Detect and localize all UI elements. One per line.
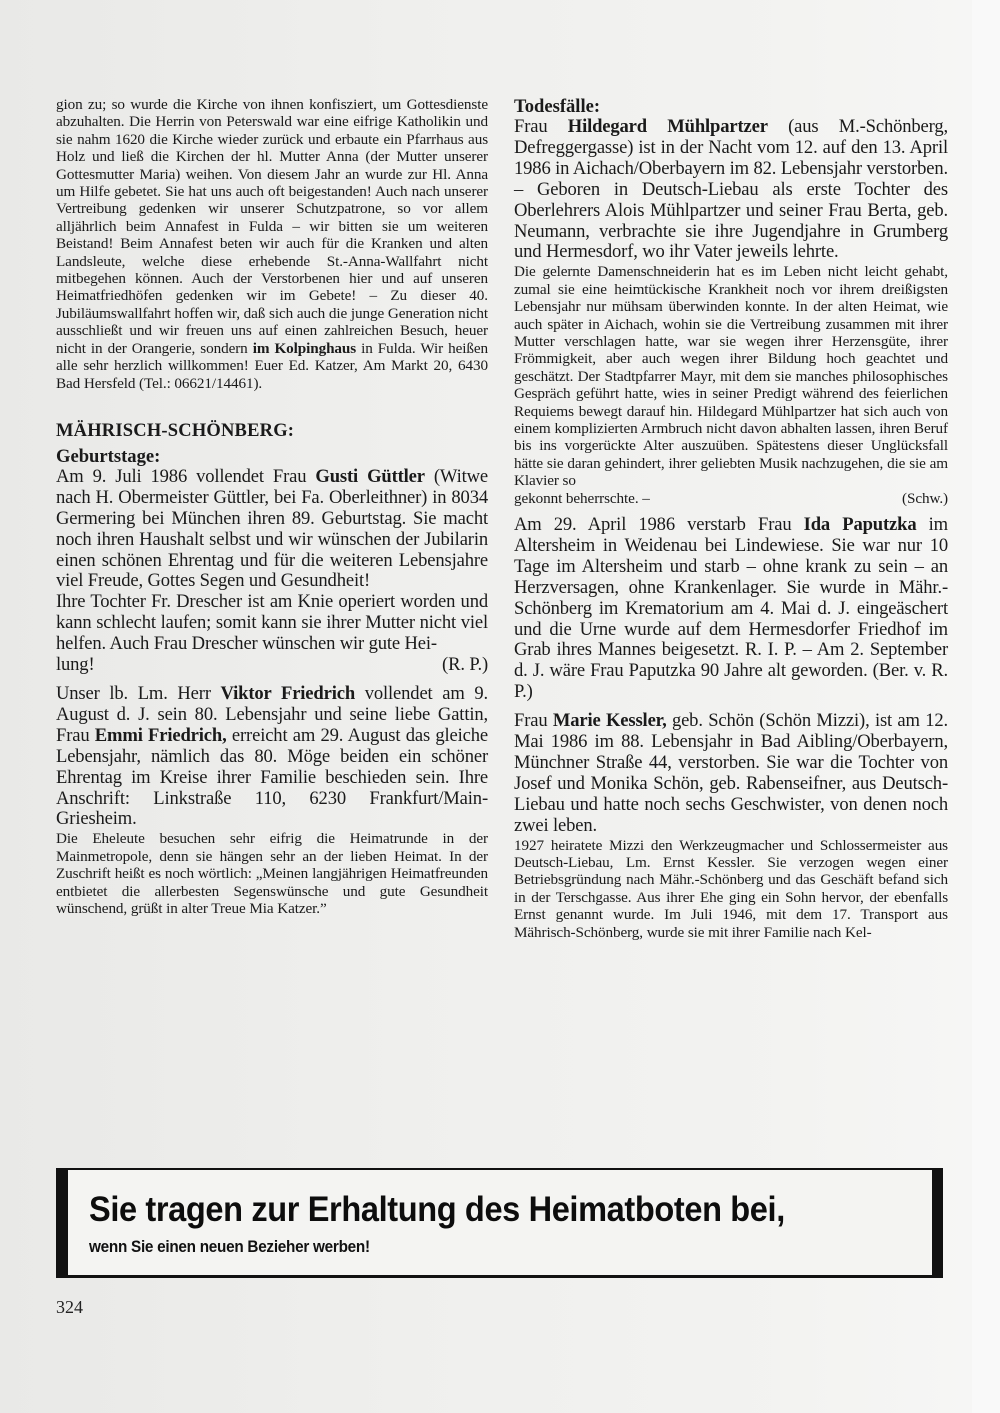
page-number: 324 — [56, 1297, 83, 1318]
section-title: MÄHRISCH-SCHÖNBERG: — [56, 420, 488, 442]
person-name: Ida Paputzka — [804, 514, 917, 535]
signoff-line: gekonnt beherrschte. – (Schw.) — [514, 490, 948, 507]
right-column: Todesfälle: Frau Hildegard Mühlpartzer (… — [514, 96, 948, 941]
advertisement-box: Sie tragen zur Erhaltung des Heimatboten… — [56, 1168, 943, 1278]
death-entry-paputzka: Am 29. April 1986 verstarb Frau Ida Papu… — [514, 515, 948, 703]
person-name: Gusti Güttler — [315, 466, 424, 487]
death-entry-muehlpartzer: Frau Hildegard Mühlpartzer (aus M.-Schön… — [514, 117, 948, 263]
author-initials: (R. P.) — [442, 655, 488, 676]
paper-edge — [972, 0, 1000, 1413]
birthday-note-drescher: Ihre Tochter Fr. Drescher ist am Knie op… — [56, 592, 488, 655]
author-initials: (Schw.) — [902, 490, 948, 507]
birthday-entry-friedrich: Unser lb. Lm. Herr Viktor Friedrich voll… — [56, 684, 488, 830]
ad-subline: wenn Sie einen neuen Bezieher werben! — [89, 1237, 370, 1257]
birthdays-heading: Geburtstage: — [56, 446, 488, 467]
death-note-muehlpartzer: Die gelernte Damenschneiderin hat es im … — [514, 263, 948, 489]
death-entry-kessler: Frau Marie Kessler, geb. Schön (Schön Mi… — [514, 711, 948, 836]
birthday-note-friedrich: Die Eheleute besuchen sehr eifrig die He… — [56, 830, 488, 917]
paragraph-text: gion zu; so wurde die Kirche von ihnen k… — [56, 96, 488, 357]
left-column: gion zu; so wurde die Kirche von ihnen k… — [56, 96, 488, 917]
annafest-paragraph: gion zu; so wurde die Kirche von ihnen k… — [56, 96, 488, 392]
signoff-line: lung! (R. P.) — [56, 655, 488, 676]
person-name: Hildegard Mühlpartzer — [568, 116, 768, 137]
person-name: Emmi Friedrich, — [95, 725, 227, 746]
person-name: Marie Kessler, — [553, 710, 667, 731]
birthday-entry-guettler: Am 9. Juli 1986 vollendet Frau Gusti Güt… — [56, 467, 488, 592]
bold-location: im Kolpinghaus — [253, 340, 356, 357]
ad-headline: Sie tragen zur Erhaltung des Heimatboten… — [89, 1190, 785, 1230]
deaths-heading: Todesfälle: — [514, 96, 948, 117]
person-name: Viktor Friedrich — [221, 683, 355, 704]
death-note-kessler: 1927 heiratete Mizzi den Werkzeugmacher … — [514, 837, 948, 941]
